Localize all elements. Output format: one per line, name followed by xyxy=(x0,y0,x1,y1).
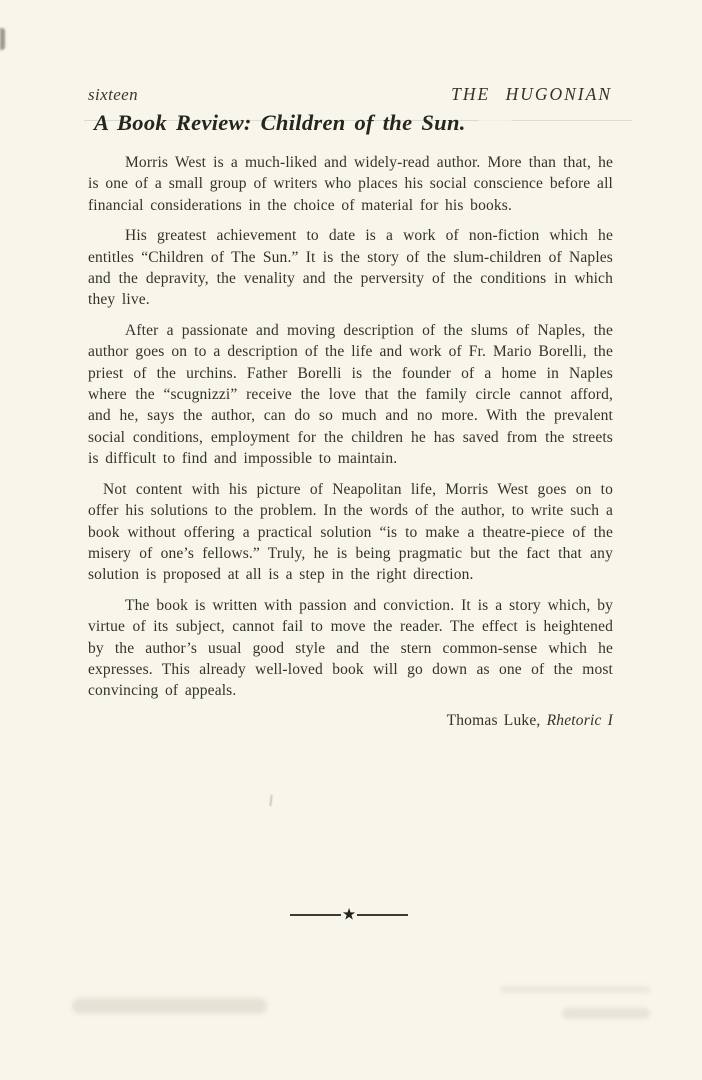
scan-smudge-artifact xyxy=(500,986,650,993)
article-title: A Book Review: Children of the Sun. xyxy=(94,110,466,136)
scan-smudge-artifact xyxy=(562,1008,650,1019)
page-number: sixteen xyxy=(88,85,138,105)
publication-title: THE HUGONIAN xyxy=(451,84,612,105)
byline: Thomas Luke, Rhetoric I xyxy=(88,710,613,731)
paragraph: After a passionate and moving descriptio… xyxy=(88,320,613,470)
star-divider: ★ xyxy=(290,906,408,924)
byline-class: Rhetoric I xyxy=(547,712,613,729)
scan-speck-artifact xyxy=(269,795,272,806)
paragraph: Not content with his picture of Neapolit… xyxy=(88,479,613,586)
paragraph: His greatest achievement to date is a wo… xyxy=(88,225,613,311)
divider-line-right xyxy=(357,914,408,916)
byline-author: Thomas Luke, xyxy=(447,712,541,729)
paragraph: The book is written with passion and con… xyxy=(88,595,613,702)
divider-line-left xyxy=(290,914,341,916)
running-head: sixteen THE HUGONIAN xyxy=(88,84,612,105)
scan-smudge-artifact xyxy=(72,998,267,1014)
star-icon: ★ xyxy=(341,907,357,923)
article-body: Morris West is a much-liked and widely-r… xyxy=(88,152,613,731)
magazine-page: sixteen THE HUGONIAN A Book Review: Chil… xyxy=(0,0,702,1080)
scan-edge-artifact xyxy=(0,28,5,50)
paragraph: Morris West is a much-liked and widely-r… xyxy=(88,152,613,216)
